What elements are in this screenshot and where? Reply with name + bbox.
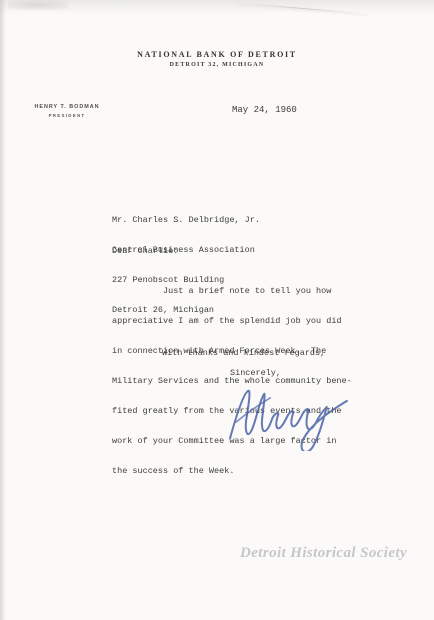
handwritten-signature-harry: [222, 381, 358, 451]
letter-scan-page: NATIONAL BANK OF DETROIT DETROIT 32, MIC…: [0, 0, 434, 620]
letterhead-bank-address: DETROIT 32, MICHIGAN: [0, 62, 434, 68]
paper-smudge: [8, 0, 68, 10]
body-line: the success of the Week.: [112, 466, 352, 476]
sender-block: HENRY T. BODMAN PRESIDENT: [26, 104, 108, 118]
letter-date: May 24, 1960: [232, 105, 297, 115]
salutation: Dear Charlie:: [112, 246, 178, 256]
body-line: Just a brief note to tell you how: [112, 286, 352, 296]
paper-crease-top: [0, 0, 434, 14]
sender-title: PRESIDENT: [26, 113, 108, 118]
sender-name: HENRY T. BODMAN: [26, 104, 108, 110]
closing-signoff: Sincerely,: [230, 368, 281, 378]
letterhead-bank-name: NATIONAL BANK OF DETROIT: [0, 50, 434, 59]
scan-edge-shadow: [0, 0, 6, 620]
body-line: appreciative I am of the splendid job yo…: [112, 316, 352, 326]
watermark-detroit-historical-society: Detroit Historical Society: [240, 545, 407, 562]
recipient-line: Mr. Charles S. Delbridge, Jr.: [112, 215, 260, 225]
closing-regards: With thanks and kindest regards,: [162, 348, 325, 358]
paper-fold-mark: [238, 2, 368, 14]
